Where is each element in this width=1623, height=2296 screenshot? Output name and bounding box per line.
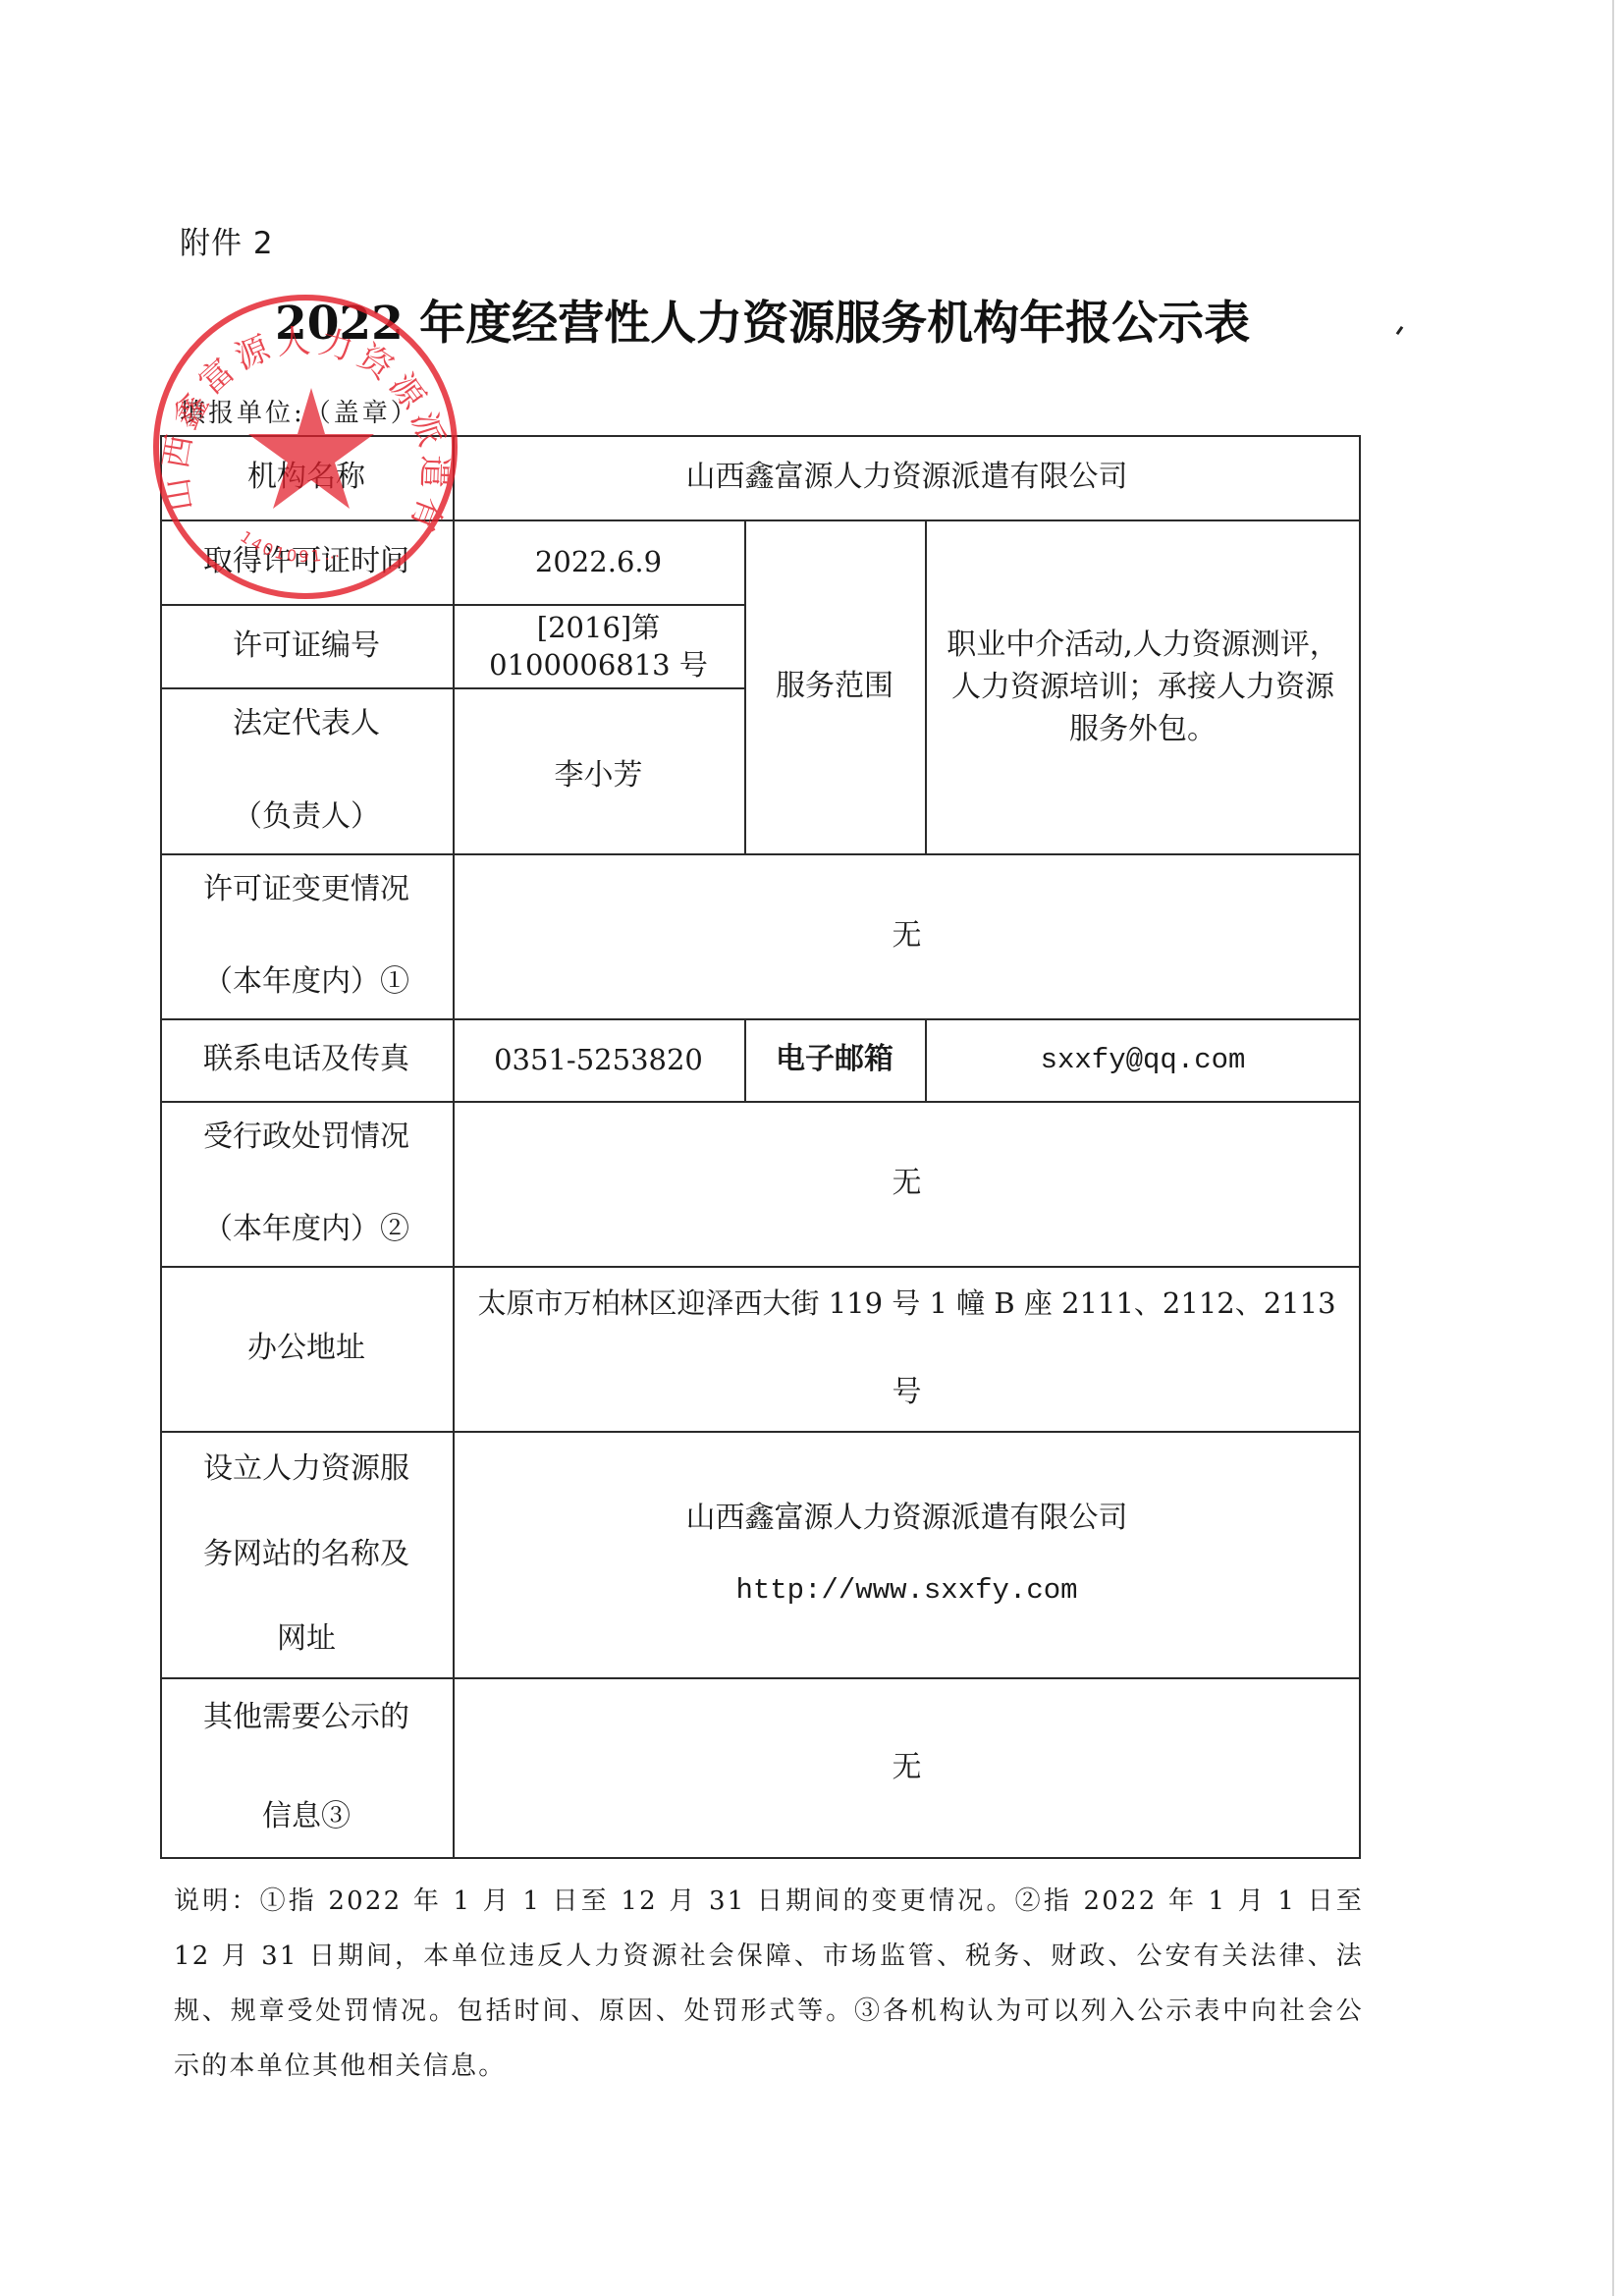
legal-rep-line1: 法定代表人 bbox=[233, 709, 380, 738]
footnotes: 说明：①指 2022 年 1 月 1 日至 12 月 31 日期间的变更情况。②… bbox=[174, 1874, 1364, 2094]
value-legal-rep: 李小芳 bbox=[453, 687, 744, 853]
permit-no-line2: 0100006813 号 bbox=[489, 646, 708, 683]
label-legal-rep: 法定代表人 （负责人） bbox=[160, 687, 453, 853]
value-org-name: 山西鑫富源人力资源派遣有限公司 bbox=[453, 435, 1361, 519]
value-other-info: 无 bbox=[453, 1677, 1361, 1857]
report-table: 机构名称 山西鑫富源人力资源派遣有限公司 取得许可证时间 2022.6.9 许可… bbox=[160, 435, 1361, 1859]
label-contact-phone: 联系电话及传真 bbox=[160, 1018, 453, 1101]
label-penalties: 受行政处罚情况 （本年度内）② bbox=[160, 1101, 453, 1266]
label-permit-date: 取得许可证时间 bbox=[160, 519, 453, 604]
address-line1: 太原市万柏林区迎泽西大街 119 号 1 幢 B 座 2111、2112、211… bbox=[477, 1289, 1335, 1318]
label-service-scope: 服务范围 bbox=[744, 519, 925, 853]
label-org-name: 机构名称 bbox=[160, 435, 453, 519]
address-line2: 号 bbox=[893, 1378, 922, 1407]
document-title: 2022 年度经营性人力资源服务机构年报公示表 bbox=[275, 287, 1250, 353]
label-website: 设立人力资源服 务网站的名称及 网址 bbox=[160, 1431, 453, 1677]
pen-mark bbox=[1396, 326, 1404, 335]
permit-changes-line2: （本年度内）① bbox=[203, 967, 409, 997]
scan-page-edge bbox=[1612, 0, 1614, 2296]
value-permit-changes: 无 bbox=[453, 853, 1361, 1018]
label-address: 办公地址 bbox=[160, 1266, 453, 1431]
value-service-scope: 职业中介活动,人力资源测评，人力资源培训；承接人力资源服务外包。 bbox=[925, 519, 1361, 853]
other-label-line2: 信息③ bbox=[262, 1802, 351, 1831]
website-label-line2: 务网站的名称及 bbox=[203, 1540, 409, 1569]
value-penalties: 无 bbox=[453, 1101, 1361, 1266]
filler-unit-label: 填报单位:（盖章） bbox=[180, 393, 419, 429]
label-email: 电子邮箱 bbox=[744, 1018, 925, 1101]
annex-label: 附件 2 bbox=[180, 218, 274, 262]
penalties-line1: 受行政处罚情况 bbox=[203, 1122, 409, 1152]
label-permit-no: 许可证编号 bbox=[160, 604, 453, 687]
value-email: sxxfy@qq.com bbox=[925, 1018, 1361, 1101]
label-permit-changes: 许可证变更情况 （本年度内）① bbox=[160, 853, 453, 1018]
permit-changes-line1: 许可证变更情况 bbox=[203, 875, 409, 904]
value-permit-no: [2016]第 0100006813 号 bbox=[453, 604, 744, 687]
website-label-line3: 网址 bbox=[277, 1624, 336, 1654]
value-contact-phone: 0351-5253820 bbox=[453, 1018, 744, 1101]
legal-rep-line2: （负责人） bbox=[233, 802, 380, 832]
website-name: 山西鑫富源人力资源派遣有限公司 bbox=[686, 1503, 1128, 1533]
value-website: 山西鑫富源人力资源派遣有限公司 http://www.sxxfy.com bbox=[453, 1431, 1361, 1677]
website-url[interactable]: http://www.sxxfy.com bbox=[735, 1576, 1077, 1605]
value-permit-date: 2022.6.9 bbox=[453, 519, 744, 604]
website-label-line1: 设立人力资源服 bbox=[203, 1454, 409, 1484]
label-other-info: 其他需要公示的 信息③ bbox=[160, 1677, 453, 1857]
other-label-line1: 其他需要公示的 bbox=[203, 1703, 409, 1732]
penalties-line2: （本年度内）② bbox=[203, 1215, 409, 1244]
permit-no-line1: [2016]第 bbox=[537, 609, 660, 646]
value-address: 太原市万柏林区迎泽西大街 119 号 1 幢 B 座 2111、2112、211… bbox=[453, 1266, 1361, 1431]
